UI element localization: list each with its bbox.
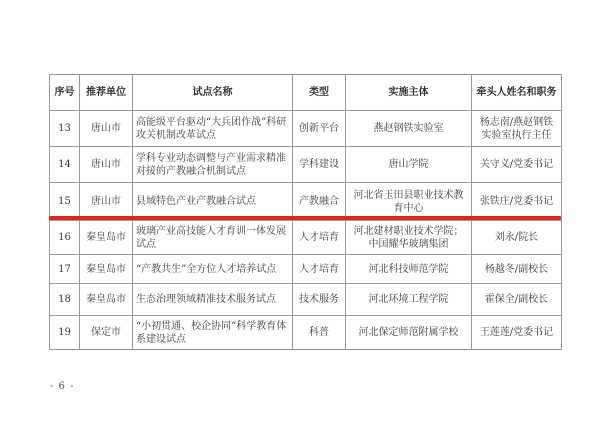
cell-no: 18	[50, 284, 80, 316]
cell-pilot-name: “产教共生”全方位人才培养试点	[133, 255, 293, 284]
page-number: - 6 -	[50, 381, 74, 392]
cell-pilot-name: 玻璃产业高技能人才育训一体发展试点	[133, 221, 293, 255]
cell-leader: 关守义/党委书记	[472, 147, 562, 183]
cell-pilot-name: 县域特色产业产教融合试点	[133, 183, 293, 221]
cell-unit: 唐山市	[80, 183, 133, 221]
cell-type: 科普	[293, 316, 346, 350]
table-row: 14 唐山市 学科专业动态调整与产业需求精准对接的产教融合机制试点 学科建设 唐…	[50, 147, 562, 183]
header-implementer: 实施主体	[346, 75, 472, 111]
cell-implementer: 唐山学院	[346, 147, 472, 183]
cell-no: 15	[50, 183, 80, 221]
pilot-program-table: 序号 推荐单位 试点名称 类型 实施主体 牵头人姓名和职务 13 唐山市 高能级…	[49, 74, 562, 350]
cell-no: 14	[50, 147, 80, 183]
table-row-highlighted: 15 唐山市 县域特色产业产教融合试点 产教融合 河北省玉田县职业技术教育中心 …	[50, 183, 562, 221]
cell-implementer: 河北科技师范学院	[346, 255, 472, 284]
header-unit: 推荐单位	[80, 75, 133, 111]
cell-unit: 保定市	[80, 316, 133, 350]
cell-pilot-name: 高能级平台驱动“大兵团作战”科研攻关机制改革试点	[133, 111, 293, 147]
cell-type: 人才培育	[293, 255, 346, 284]
cell-no: 16	[50, 221, 80, 255]
table-row: 19 保定市 “小初贯通、校企协同”科学教育体系建设试点 科普 河北保定师范附属…	[50, 316, 562, 350]
table-row: 17 秦皇岛市 “产教共生”全方位人才培养试点 人才培育 河北科技师范学院 杨越…	[50, 255, 562, 284]
cell-no: 19	[50, 316, 80, 350]
cell-leader: 杨志南/燕赵钢铁实验室执行主任	[472, 111, 562, 147]
cell-implementer: 燕赵钢铁实验室	[346, 111, 472, 147]
cell-unit: 秦皇岛市	[80, 284, 133, 316]
cell-type: 产教融合	[293, 183, 346, 221]
cell-leader: 刘永/院长	[472, 221, 562, 255]
cell-pilot-name: 生态治理领域精准技术服务试点	[133, 284, 293, 316]
header-no: 序号	[50, 75, 80, 111]
cell-leader: 王莲莲/党委书记	[472, 316, 562, 350]
cell-no: 13	[50, 111, 80, 147]
table-row: 13 唐山市 高能级平台驱动“大兵团作战”科研攻关机制改革试点 创新平台 燕赵钢…	[50, 111, 562, 147]
cell-pilot-name: 学科专业动态调整与产业需求精准对接的产教融合机制试点	[133, 147, 293, 183]
cell-implementer: 河北省玉田县职业技术教育中心	[346, 183, 472, 221]
header-type: 类型	[293, 75, 346, 111]
cell-implementer: 河北保定师范附属学校	[346, 316, 472, 350]
cell-type: 技术服务	[293, 284, 346, 316]
cell-leader: 霍保全/副校长	[472, 284, 562, 316]
table-row: 18 秦皇岛市 生态治理领域精准技术服务试点 技术服务 河北环境工程学院 霍保全…	[50, 284, 562, 316]
cell-unit: 秦皇岛市	[80, 255, 133, 284]
cell-unit: 唐山市	[80, 111, 133, 147]
header-pilot-name: 试点名称	[133, 75, 293, 111]
cell-type: 人才培育	[293, 221, 346, 255]
cell-type: 学科建设	[293, 147, 346, 183]
table-row: 16 秦皇岛市 玻璃产业高技能人才育训一体发展试点 人才培育 河北建材职业技术学…	[50, 221, 562, 255]
cell-unit: 秦皇岛市	[80, 221, 133, 255]
document-page: 序号 推荐单位 试点名称 类型 实施主体 牵头人姓名和职务 13 唐山市 高能级…	[0, 0, 600, 424]
cell-leader: 杨越冬/副校长	[472, 255, 562, 284]
table-header-row: 序号 推荐单位 试点名称 类型 实施主体 牵头人姓名和职务	[50, 75, 562, 111]
cell-leader: 张铁庄/党委书记	[472, 183, 562, 221]
cell-type: 创新平台	[293, 111, 346, 147]
cell-implementer: 河北环境工程学院	[346, 284, 472, 316]
cell-pilot-name: “小初贯通、校企协同”科学教育体系建设试点	[133, 316, 293, 350]
cell-implementer: 河北建材职业技术学院；中国耀华玻璃集团	[346, 221, 472, 255]
cell-unit: 唐山市	[80, 147, 133, 183]
cell-no: 17	[50, 255, 80, 284]
header-leader: 牵头人姓名和职务	[472, 75, 562, 111]
red-highlight-underline	[49, 216, 561, 220]
